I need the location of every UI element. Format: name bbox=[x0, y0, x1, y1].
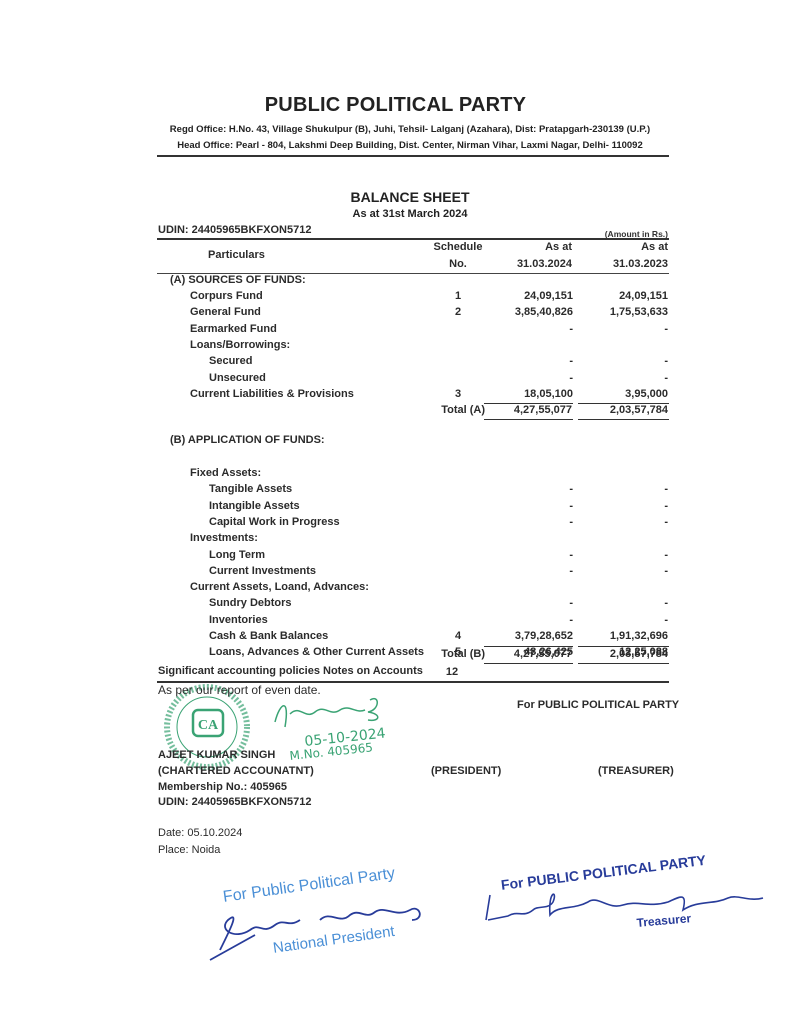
notes-schedule: 12 bbox=[437, 666, 467, 678]
row-current-year-amount: - bbox=[463, 355, 573, 367]
table-row: Loans/Borrowings: bbox=[158, 339, 670, 355]
row-previous-year-amount: - bbox=[578, 355, 668, 367]
auditor-name: AJEET KUMAR SINGH bbox=[158, 749, 275, 761]
table-row: General Fund23,85,40,8261,75,53,633 bbox=[158, 306, 670, 322]
total-b-previous-year: 2,03,57,784 bbox=[576, 648, 668, 660]
sources-heading: (A) SOURCES OF FUNDS: bbox=[170, 274, 306, 286]
registered-office-address: Regd Office: H.No. 43, Village Shukulpur… bbox=[150, 124, 670, 135]
row-previous-year-amount: - bbox=[578, 323, 668, 335]
column-header-previous-year: As at bbox=[576, 241, 668, 253]
table-row: Secured-- bbox=[158, 355, 670, 371]
row-current-year-amount: - bbox=[463, 597, 573, 609]
row-current-year-amount: - bbox=[463, 372, 573, 384]
row-label: General Fund bbox=[190, 306, 261, 318]
table-row: Current Liabilities & Provisions318,05,1… bbox=[158, 388, 670, 404]
row-label: Current Investments bbox=[209, 565, 316, 577]
total-b-rule-cy bbox=[484, 646, 573, 647]
row-previous-year-amount: - bbox=[578, 614, 668, 626]
head-office-address: Head Office: Pearl - 804, Lakshmi Deep B… bbox=[150, 140, 670, 151]
row-current-year-amount: - bbox=[463, 500, 573, 512]
table-row: Unsecured-- bbox=[158, 372, 670, 388]
row-previous-year-amount: - bbox=[578, 500, 668, 512]
auditor-title: (CHARTERED ACCOUNATNT) bbox=[158, 765, 314, 777]
report-note: As per our report of even date. bbox=[158, 683, 321, 697]
row-previous-year-amount: 1,75,53,633 bbox=[578, 306, 668, 318]
row-current-year-amount: - bbox=[463, 516, 573, 528]
row-label: Long Term bbox=[209, 549, 265, 561]
row-previous-year-amount: 3,95,000 bbox=[578, 388, 668, 400]
total-a-underline-cy bbox=[484, 419, 573, 420]
udin-number: UDIN: 24405965BKFXON5712 bbox=[158, 224, 311, 236]
table-row: Investments: bbox=[158, 532, 670, 548]
table-row: Current Assets, Loand, Advances: bbox=[158, 581, 670, 597]
application-heading: (B) APPLICATION OF FUNDS: bbox=[170, 434, 325, 446]
row-label: Current Assets, Loand, Advances: bbox=[190, 581, 369, 593]
row-label: Capital Work in Progress bbox=[209, 516, 340, 528]
row-previous-year-amount: - bbox=[578, 516, 668, 528]
row-label: Current Liabilities & Provisions bbox=[190, 388, 354, 400]
row-current-year-amount: 3,85,40,826 bbox=[463, 306, 573, 318]
total-a-current-year: 4,27,55,077 bbox=[480, 404, 572, 416]
column-header-current-year: As at bbox=[480, 241, 572, 253]
row-previous-year-amount: 24,09,151 bbox=[578, 290, 668, 302]
row-label: Fixed Assets: bbox=[190, 467, 261, 479]
president-signature-icon bbox=[200, 890, 440, 970]
row-current-year-amount: 18,05,100 bbox=[463, 388, 573, 400]
row-previous-year-amount: - bbox=[578, 372, 668, 384]
row-current-year-amount: 24,09,151 bbox=[463, 290, 573, 302]
table-row: Current Investments-- bbox=[158, 565, 670, 581]
total-a-label: Total (A) bbox=[420, 404, 485, 416]
notes-label: Significant accounting policies Notes on… bbox=[158, 665, 423, 677]
row-current-year-amount: - bbox=[463, 483, 573, 495]
total-b-underline-cy bbox=[484, 663, 573, 664]
auditor-udin: UDIN: 24405965BKFXON5712 bbox=[158, 796, 311, 808]
ca-signature-icon: 05-10-2024 M.No. 405965 bbox=[260, 692, 440, 762]
row-label: Intangible Assets bbox=[209, 500, 300, 512]
total-a-underline-py bbox=[578, 419, 669, 420]
place-label: Place: Noida bbox=[158, 844, 220, 856]
table-row: Earmarked Fund-- bbox=[158, 323, 670, 339]
table-row: Tangible Assets-- bbox=[158, 483, 670, 499]
row-current-year-amount: - bbox=[463, 614, 573, 626]
row-label: Inventories bbox=[209, 614, 268, 626]
treasurer-label: (TREASURER) bbox=[598, 765, 674, 777]
row-previous-year-amount: 1,91,32,696 bbox=[578, 630, 668, 642]
row-label: Unsecured bbox=[209, 372, 266, 384]
date-label: Date: 05.10.2024 bbox=[158, 827, 242, 839]
column-header-previous-year-date: 31.03.2023 bbox=[576, 258, 668, 270]
row-current-year-amount: 3,79,28,652 bbox=[463, 630, 573, 642]
row-label: Loans, Advances & Other Current Assets bbox=[209, 646, 424, 658]
table-row: Corpurs Fund124,09,15124,09,151 bbox=[158, 290, 670, 306]
row-previous-year-amount: - bbox=[578, 483, 668, 495]
row-label: Investments: bbox=[190, 532, 258, 544]
table-row: Capital Work in Progress-- bbox=[158, 516, 670, 532]
row-current-year-amount: - bbox=[463, 323, 573, 335]
for-party-label: For PUBLIC POLITICAL PARTY bbox=[517, 699, 679, 711]
table-row: Sundry Debtors-- bbox=[158, 597, 670, 613]
table-row: Intangible Assets-- bbox=[158, 500, 670, 516]
total-b-label: Total (B) bbox=[420, 648, 485, 660]
table-row: Fixed Assets: bbox=[158, 467, 670, 483]
column-header-particulars: Particulars bbox=[208, 249, 265, 261]
statement-subtitle: As at 31st March 2024 bbox=[300, 208, 520, 220]
row-label: Loans/Borrowings: bbox=[190, 339, 290, 351]
table-row: Long Term-- bbox=[158, 549, 670, 565]
row-label: Tangible Assets bbox=[209, 483, 292, 495]
row-previous-year-amount: - bbox=[578, 549, 668, 561]
svg-text:CA: CA bbox=[198, 718, 219, 733]
row-label: Sundry Debtors bbox=[209, 597, 292, 609]
row-previous-year-amount: - bbox=[578, 597, 668, 609]
column-header-current-year-date: 31.03.2024 bbox=[480, 258, 572, 270]
header-divider bbox=[157, 155, 669, 157]
row-current-year-amount: - bbox=[463, 565, 573, 577]
table-row: Cash & Bank Balances43,79,28,6521,91,32,… bbox=[158, 630, 670, 646]
row-label: Cash & Bank Balances bbox=[209, 630, 328, 642]
total-b-underline-py bbox=[578, 663, 669, 664]
row-label: Secured bbox=[209, 355, 252, 367]
president-label: (PRESIDENT) bbox=[431, 765, 501, 777]
total-b-current-year: 4,27,55,077 bbox=[480, 648, 572, 660]
statement-title: BALANCE SHEET bbox=[300, 189, 520, 205]
total-a-previous-year: 2,03,57,784 bbox=[576, 404, 668, 416]
table-top-rule bbox=[157, 238, 669, 240]
party-name-title: PUBLIC POLITICAL PARTY bbox=[0, 94, 791, 117]
row-current-year-amount: - bbox=[463, 549, 573, 561]
membership-number: Membership No.: 405965 bbox=[158, 781, 287, 793]
treasurer-signature-icon bbox=[478, 880, 778, 940]
total-b-rule-py bbox=[578, 646, 669, 647]
row-label: Earmarked Fund bbox=[190, 323, 277, 335]
table-row: Inventories-- bbox=[158, 614, 670, 630]
row-label: Corpurs Fund bbox=[190, 290, 263, 302]
row-previous-year-amount: - bbox=[578, 565, 668, 577]
